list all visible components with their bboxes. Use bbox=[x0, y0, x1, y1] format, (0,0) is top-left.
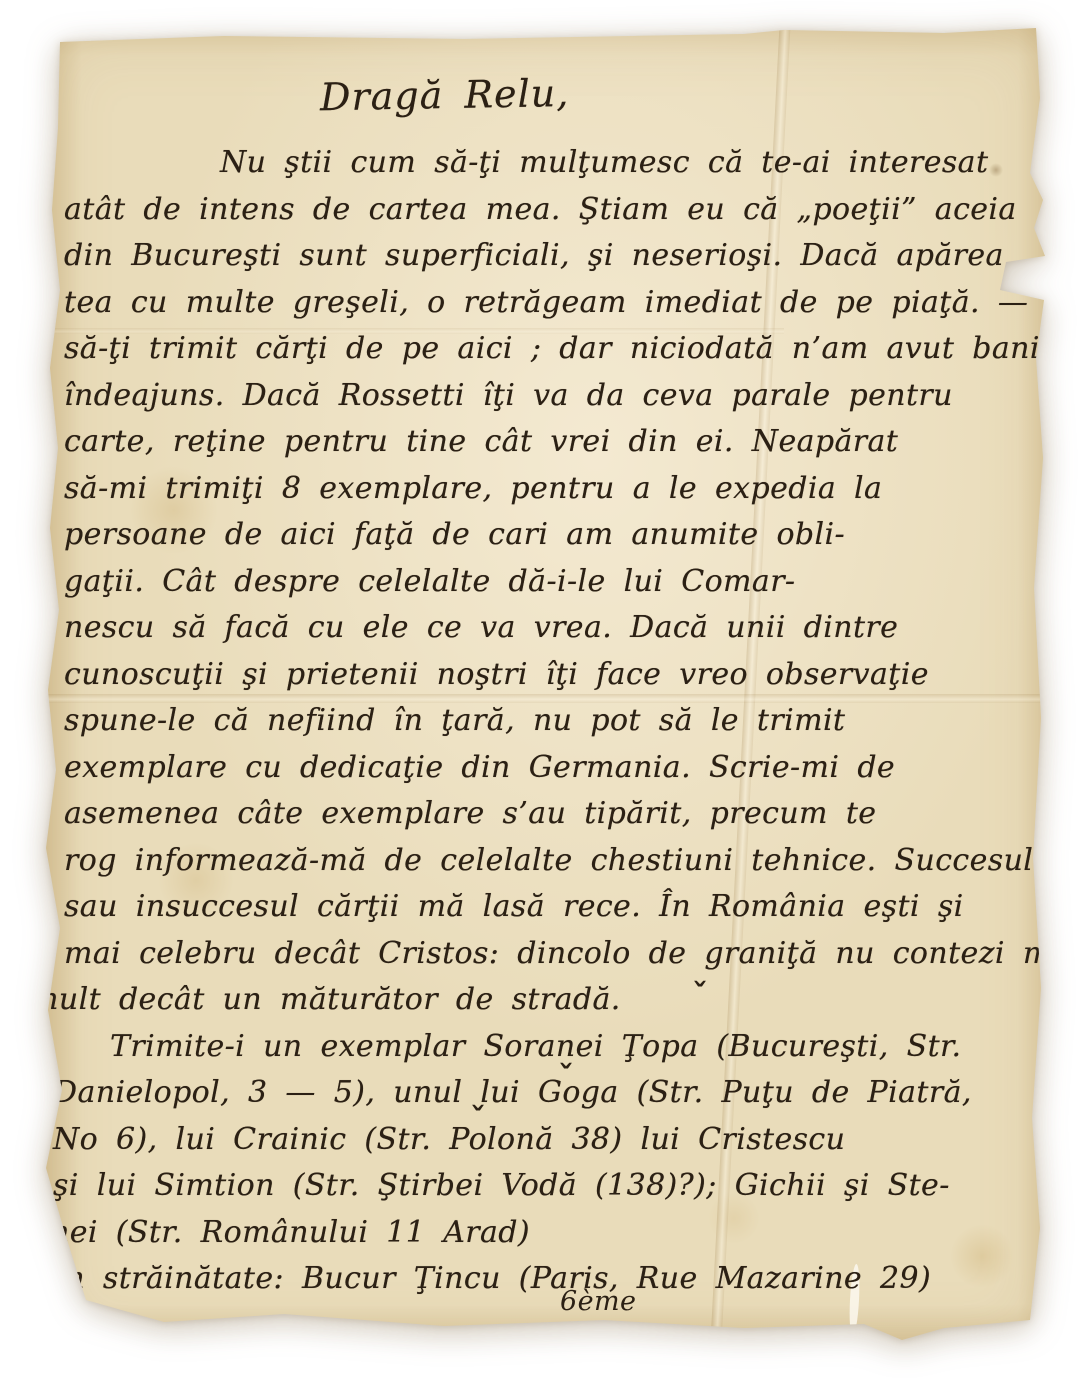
letter-line: îndeajuns. Dacă Rossetti îţi va da ceva … bbox=[64, 373, 1042, 420]
paris-district-note: 6ème bbox=[560, 1286, 636, 1317]
letter-line: din Bucureşti sunt superficiali, şi nese… bbox=[64, 233, 1042, 280]
letter-line: şi lui Simtion (Str. Ştirbei Vodă (138)?… bbox=[53, 1163, 1042, 1210]
letter-salutation: Dragă Relu, bbox=[320, 60, 1043, 123]
check-mark: ˇ bbox=[692, 976, 708, 1014]
letter-text-block: Dragă Relu, Nu ştii cum să-ţi mulţumesc … bbox=[64, 28, 1042, 1303]
letter-paper: Dragă Relu, Nu ştii cum să-ţi mulţumesc … bbox=[44, 28, 1048, 1350]
letter-line: să-mi trimiţi 8 exemplare, pentru a le e… bbox=[64, 466, 1042, 513]
check-mark: ˇ bbox=[470, 1100, 486, 1138]
letter-line: nescu să facă cu ele ce va vrea. Dacă un… bbox=[64, 605, 1042, 652]
letter-line: No 6), lui Crainic (Str. Polonă 38) lui … bbox=[53, 1117, 1042, 1164]
letter-line: cunoscuţii şi prietenii noştri îţi face … bbox=[64, 652, 1042, 699]
letter-line: exemplare cu dedicaţie din Germania. Scr… bbox=[64, 745, 1042, 792]
letter-line: sau insuccesul cărţii mă lasă rece. În R… bbox=[64, 884, 1042, 931]
letter-line: carte, reţine pentru tine cât vrei din e… bbox=[64, 419, 1042, 466]
letter-line: linei (Str. Românului 11 Arad) bbox=[30, 1210, 1042, 1257]
letter-line: În străinătate: Bucur Ţincu (Paris, Rue … bbox=[53, 1256, 1042, 1303]
letter-line: să-ţi trimit cărţi de pe aici ; dar nici… bbox=[64, 326, 1042, 373]
letter-line: tea cu multe greşeli, o retrăgeam imedia… bbox=[64, 280, 1042, 327]
letter-line: rog informează-mă de celelalte chestiuni… bbox=[64, 838, 1042, 885]
letter-line: Trimite-i un exemplar Soranei Ţopa (Bucu… bbox=[110, 1024, 1042, 1071]
check-mark: ˇ bbox=[558, 1058, 574, 1096]
letter-line: Nu ştii cum să-ţi mulţumesc că te-ai int… bbox=[220, 140, 1042, 187]
scanned-letter-photo: Dragă Relu, Nu ştii cum să-ţi mulţumesc … bbox=[0, 0, 1092, 1400]
letter-line: gaţii. Cât despre celelalte dă-i-le lui … bbox=[64, 559, 1042, 606]
letter-line: asemenea câte exemplare s’au tipărit, pr… bbox=[64, 791, 1042, 838]
letter-line: atât de intens de cartea mea. Ştiam eu c… bbox=[64, 187, 1042, 234]
letter-line: mai celebru decât Cristos: dincolo de gr… bbox=[64, 931, 1042, 978]
letter-line: spune-le că nefiind în ţară, nu pot să l… bbox=[64, 698, 1042, 745]
letter-paper-wrap: Dragă Relu, Nu ştii cum să-ţi mulţumesc … bbox=[44, 28, 1048, 1350]
letter-line: mult decât un măturător de stradă. bbox=[30, 977, 1042, 1024]
letter-line: Danielopol, 3 — 5), unul lui Goga (Str. … bbox=[53, 1070, 1042, 1117]
letter-line: persoane de aici faţă de cari am anumite… bbox=[64, 512, 1042, 559]
